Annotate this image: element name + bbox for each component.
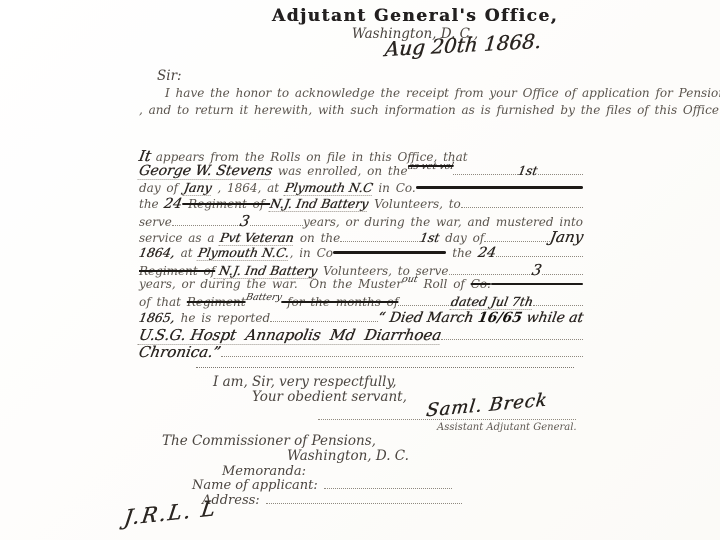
text-segment <box>250 223 303 226</box>
text-segment: Volunteers, to serve <box>317 264 448 278</box>
text-segment: Regiment <box>187 295 246 309</box>
dotted-divider <box>196 367 574 368</box>
signature: Saml. Breck <box>425 390 549 422</box>
text-segment: for the months of <box>281 295 398 309</box>
text-segment: N.J. Ind Battery <box>214 263 319 279</box>
text-segment: George W. Stevens <box>138 163 274 180</box>
applicant-name-label: Name of applicant: <box>192 478 318 493</box>
text-segment: Regiment of <box>182 197 270 211</box>
text-segment <box>416 186 583 189</box>
text-segment: 1st <box>517 163 539 178</box>
form-line-8: Regiment of N.J. Ind Battery Volunteers,… <box>139 261 583 277</box>
text-segment: dated Jul 7th <box>449 294 534 310</box>
form-line-2: George W. Stevens was enrolled, on theas… <box>139 163 583 179</box>
text-segment: in Co. <box>373 181 416 195</box>
text-segment <box>398 303 450 306</box>
closing-respectfully: I am, Sir, very respectfully, <box>213 374 397 390</box>
text-segment <box>340 239 420 242</box>
form-line-10: of that RegimentBattery for the months o… <box>139 294 583 310</box>
text-segment: years, or during the war, and mustered i… <box>303 215 583 229</box>
text-segment: 1864, <box>138 245 176 260</box>
text-segment: day of <box>439 231 484 245</box>
applicant-name-row: Name of applicant: <box>192 478 452 493</box>
text-segment: Jany <box>548 228 584 246</box>
form-line-7: 1864, at Plymouth N.C., in Co the 24 <box>139 245 583 261</box>
form-line-3: day of Jany , 1864, at Plymouth N.C in C… <box>139 180 583 196</box>
text-segment: day of <box>139 181 184 195</box>
text-segment <box>221 354 583 357</box>
applicant-name-blank <box>324 486 452 489</box>
form-line-13: Chronica.” <box>139 343 583 359</box>
applicant-address-blank <box>266 501 462 504</box>
text-segment: N.J. Ind Battery <box>269 196 370 212</box>
text-segment: of that <box>139 295 187 309</box>
scanned-letter-page: Adjutant General's Office, Washington, D… <box>0 0 720 540</box>
addressee-commissioner: The Commissioner of Pensions, <box>162 433 376 449</box>
text-segment: at <box>175 246 199 260</box>
text-segment <box>172 223 240 226</box>
text-segment: Roll of <box>418 277 471 291</box>
letterhead-office-title: Adjutant General's Office, <box>265 6 565 26</box>
text-segment: I have the honor to acknowledge the rece… <box>165 86 720 100</box>
text-segment: Co. <box>471 277 491 291</box>
text-segment: , 1864, at <box>212 181 285 195</box>
text-segment: 1st <box>419 230 441 245</box>
text-segment: 3 <box>239 212 252 230</box>
text-segment: 16/65 <box>476 310 523 326</box>
form-line-12: U.S.G. Hospt Annapolis Md Diarrhoea <box>139 326 583 342</box>
text-segment: out <box>401 274 419 285</box>
text-segment <box>533 303 583 306</box>
form-line-4: the 24 Regiment of N.J. Ind Battery Volu… <box>139 196 583 212</box>
text-segment: Jany <box>183 180 213 196</box>
text-segment: 3 <box>530 261 543 279</box>
text-segment <box>453 172 518 175</box>
salutation: Sir: <box>157 68 182 84</box>
text-segment: service as a <box>139 231 220 245</box>
text-segment: on the <box>294 231 340 245</box>
text-segment: while at <box>520 310 584 326</box>
text-segment: , and to return it herewith, with such i… <box>139 103 720 117</box>
text-segment <box>491 283 583 286</box>
text-segment: 24 <box>476 245 497 261</box>
text-segment <box>449 272 532 275</box>
text-segment: 24 <box>163 196 184 212</box>
text-segment: “ Died March <box>377 310 480 326</box>
signature-title: Assistant Adjutant General. <box>437 422 577 433</box>
text-segment <box>484 239 550 242</box>
text-segment: the <box>446 246 477 260</box>
text-segment: Volunteers, to <box>368 197 461 211</box>
paragraph-acknowledgement: I have the honor to acknowledge the rece… <box>139 84 581 119</box>
closing-obedient-servant: Your obedient servant, <box>252 389 407 405</box>
text-segment: years, or during the war. On the Muster <box>139 277 402 291</box>
text-segment <box>333 251 446 254</box>
form-line-5: serve3years, or during the war, and must… <box>139 212 583 228</box>
form-line-1: It appears from the Rolls on file in thi… <box>139 147 583 163</box>
text-segment: 1865, <box>138 310 176 325</box>
text-segment <box>461 205 583 208</box>
text-segment: serve <box>139 215 172 229</box>
text-segment <box>496 254 583 257</box>
text-segment: Chronica.” <box>137 343 222 361</box>
addressee-city: Washington, D. C. <box>287 448 409 464</box>
text-segment: , in Co <box>290 246 333 260</box>
text-segment <box>270 319 378 322</box>
text-segment <box>542 272 583 275</box>
text-segment: the <box>139 197 164 211</box>
signature-line <box>318 419 576 420</box>
text-segment: as vet vol <box>406 161 454 172</box>
clerk-initials: J.R.L. L <box>123 496 219 530</box>
text-segment: was enrolled, on the <box>272 164 408 178</box>
text-segment: Plymouth N.C <box>283 180 373 196</box>
text-segment <box>441 337 583 340</box>
text-segment <box>538 172 583 175</box>
form-line-11: 1865, he is reported“ Died March 16/65 w… <box>139 310 583 326</box>
applicant-address-row: Address: <box>202 493 462 508</box>
form-line-6: service as a Pvt Veteran on the1st day o… <box>139 228 583 244</box>
memoranda-heading: Memoranda: <box>222 464 306 479</box>
form-line-9: years, or during the war. On the Mustero… <box>139 277 583 293</box>
paragraph-service-record: It appears from the Rolls on file in thi… <box>139 147 583 359</box>
text-segment: Battery <box>244 292 282 303</box>
text-segment: he is reported <box>175 311 270 325</box>
text-segment: Plymouth N.C. <box>197 245 291 261</box>
text-segment: Regiment of <box>139 264 215 278</box>
